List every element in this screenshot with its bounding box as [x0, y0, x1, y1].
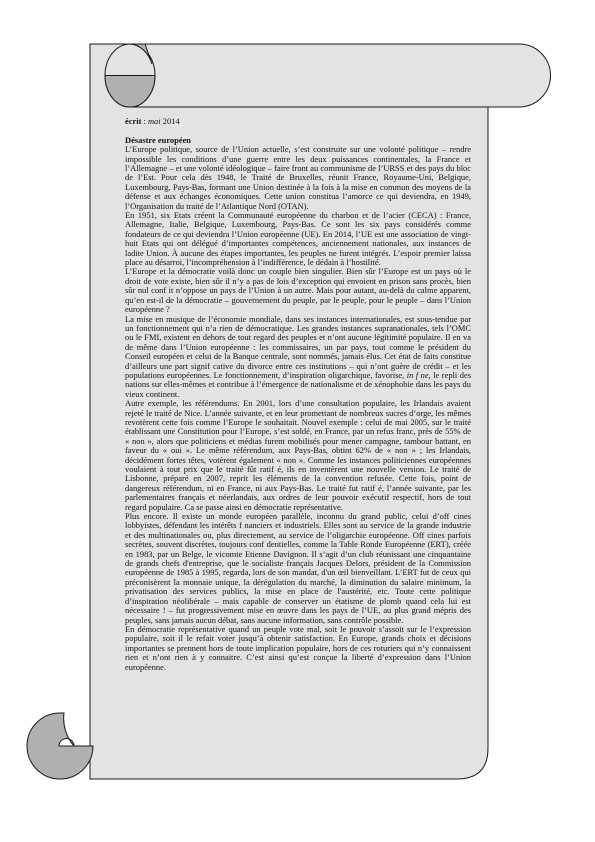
page: { "scroll": { "fill": "#e3e3e3", "curl_f… — [0, 0, 595, 842]
paragraph-5: Autre exemple, les référendums. En 2001,… — [125, 399, 471, 512]
written-year: 2014 — [161, 116, 180, 126]
written-label: écrit — [125, 116, 141, 126]
paragraph-7: En démocratie représentative quand un pe… — [125, 625, 471, 672]
paragraph-6: Plus encore. Il existe un monde européen… — [125, 512, 471, 625]
scroll-top-bar — [130, 44, 551, 107]
paragraph-4: La mise en musique de l’économie mondial… — [125, 315, 471, 400]
paragraph-2: En 1951, six Etats créent la Communauté … — [125, 211, 471, 267]
written-separator: : — [141, 116, 148, 126]
document-text: écrit : mai 2014 Désastre européen L’Eur… — [125, 117, 471, 672]
paragraph-1: L’Europe politique, source de l’Union ac… — [125, 145, 471, 211]
written-month: mai — [148, 116, 161, 126]
written-date-line: écrit : mai 2014 — [125, 117, 471, 126]
bottom-curl-icon — [27, 713, 93, 779]
paragraph-3: L’Europe et la démocratie voilà donc un … — [125, 267, 471, 314]
